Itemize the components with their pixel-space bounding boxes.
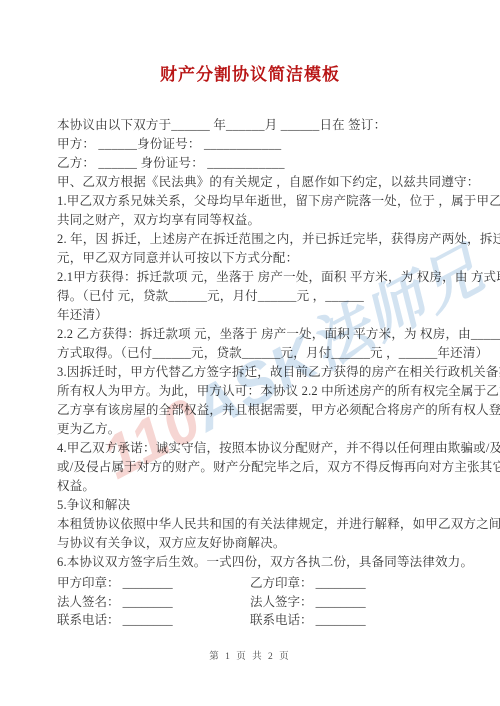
doc-line-clause2b: 元，甲乙双方同意并认可按以下方式分配：: [57, 249, 447, 268]
party-b-seal-field: 乙方印章： ________: [250, 574, 447, 593]
signature-row-seal: 甲方印章： ________ 乙方印章： ________: [57, 574, 447, 593]
document-page: 110ASK法师兄 财产分割协议简洁模板 本协议由以下双方于______ 年__…: [0, 0, 500, 706]
doc-line-intro: 本协议由以下双方于______ 年______月 ______日在 签订：: [57, 116, 447, 135]
signature-row-phone: 联系电话： ________ 联系电话： ________: [57, 611, 447, 630]
signature-row-sign: 法人签名： ________ 法人签字： ________: [57, 593, 447, 612]
doc-line-clause4b: 或/及侵占属于对方的财产。财产分配完毕之后，双方不得反悔再向对方主张其它财产: [57, 458, 447, 477]
doc-line-clause3c: 乙方享有该房屋的全部权益，并且根据需要，甲方必须配合将房产的所有权人登记变: [57, 401, 447, 420]
doc-line-clause1a: 1.甲乙双方系兄妹关系，父母均早年逝世，留下房产院落一处，位于 ，属于甲乙双方: [57, 192, 447, 211]
party-a-sign-field: 法人签名： ________: [57, 593, 250, 612]
doc-line-clause5a: 本租赁协议依照中华人民共和国的有关法律规定，并进行解释，如甲乙双方之间发生: [57, 515, 447, 534]
doc-line-clause2-2a: 2.2 乙方获得：拆迁款项 元，坐落于 房产一处，面积 平方米，为 权房，由__…: [57, 325, 447, 344]
doc-line-party-b: 乙方： ______ 身份证号： ____________: [57, 154, 447, 173]
doc-line-clause4a: 4.甲乙双方承诺：诚实守信，按照本协议分配财产，并不得以任何理由欺骗或/及侵害: [57, 439, 447, 458]
doc-line-clause4c: 权益。: [57, 477, 447, 496]
party-b-phone-field: 联系电话： ________: [250, 611, 447, 630]
doc-line-clause6: 6.本协议双方签字后生效。一式四份，双方各执二份，具备同等法律效力。: [57, 553, 447, 572]
doc-line-clause2-2b: 方式取得。（已付______元，贷款______元，月付______元 ，___…: [57, 344, 447, 363]
doc-line-clause5b: 与协议有关争议，双方应友好协商解决。: [57, 534, 447, 553]
doc-line-clause2-1c: 年还清）: [57, 306, 447, 325]
doc-line-clause3d: 更为乙方。: [57, 420, 447, 439]
doc-line-clause2-1b: 得。（已付 元，贷款______元，月付______元 ，______: [57, 287, 447, 306]
doc-line-party-a: 甲方： ______身份证号： ____________: [57, 135, 447, 154]
doc-line-basis: 甲、乙双方根据《民法典》的有关规定 ，自愿作如下约定，以兹共同遵守：: [57, 173, 447, 192]
doc-line-clause3a: 3.因拆迁时，甲方代替乙方签字拆迁，故目前乙方获得的房产在相关行政机关备案的: [57, 363, 447, 382]
doc-line-clause2a: 2. 年，因 拆迁，上述房产在拆迁范围之内，并已拆迁完毕，获得房产两处，拆迁款: [57, 230, 447, 249]
page-number: 第 1 页 共 2 页: [0, 648, 500, 662]
party-a-seal-field: 甲方印章： ________: [57, 574, 250, 593]
doc-line-clause3b: 所有权人为甲方。为此，甲方认可：本协议 2.2 中所述房产的所有权完全属于乙方，: [57, 382, 447, 401]
doc-line-clause5-head: 5.争议和解决: [57, 496, 447, 515]
party-a-phone-field: 联系电话： ________: [57, 611, 250, 630]
doc-line-clause1b: 共同之财产，双方均享有同等权益。: [57, 211, 447, 230]
page-title: 财产分割协议简洁模板: [0, 60, 500, 85]
doc-line-clause2-1a: 2.1甲方获得：拆迁款项 元，坐落于 房产一处，面积 平方米，为 权房，由 方式…: [57, 268, 447, 287]
party-b-sign-field: 法人签字： ________: [250, 593, 447, 612]
document-body: 本协议由以下双方于______ 年______月 ______日在 签订： 甲方…: [57, 116, 447, 572]
signature-block: 甲方印章： ________ 乙方印章： ________ 法人签名： ____…: [57, 574, 447, 630]
